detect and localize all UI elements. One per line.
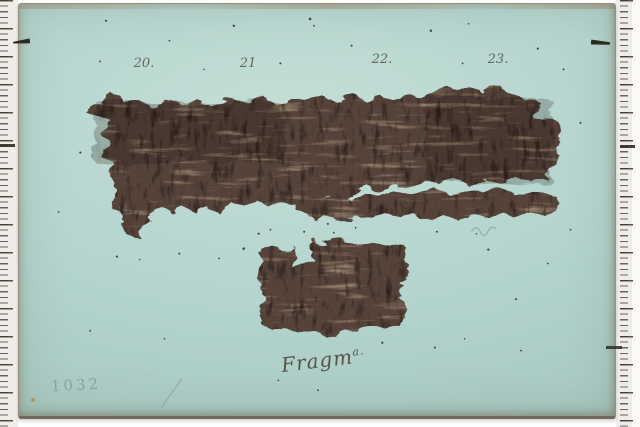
column-label-20: 20. <box>134 56 155 71</box>
column-label-22: 22. <box>372 52 393 67</box>
inventory-number-stamp: 1032 <box>50 375 101 396</box>
ruler-left-ticks-major <box>0 0 13 427</box>
papyrus-fragment-small <box>257 237 407 334</box>
ruler-right-ticks-major <box>620 0 633 427</box>
archival-plate-photograph: 20. 21 22. 23. Fragma. 1032 14 <box>0 0 640 427</box>
caption-superscript: a. <box>352 344 366 358</box>
papyrus-shading-right <box>422 95 549 180</box>
orange-paint-dot <box>31 398 35 402</box>
ruler-left-index-tick <box>0 144 15 147</box>
pencil-note: 14 <box>116 204 129 215</box>
column-label-21: 21 <box>240 56 257 71</box>
column-label-23: 23. <box>488 52 509 67</box>
ruler-right-index-tick <box>620 145 635 148</box>
ruler-left <box>0 0 18 427</box>
papyrus-shading-left <box>92 99 280 160</box>
registration-mark-right-lower <box>606 346 622 349</box>
mount-card: 20. 21 22. 23. Fragma. 1032 14 <box>18 3 616 419</box>
ruler-right <box>616 0 640 427</box>
